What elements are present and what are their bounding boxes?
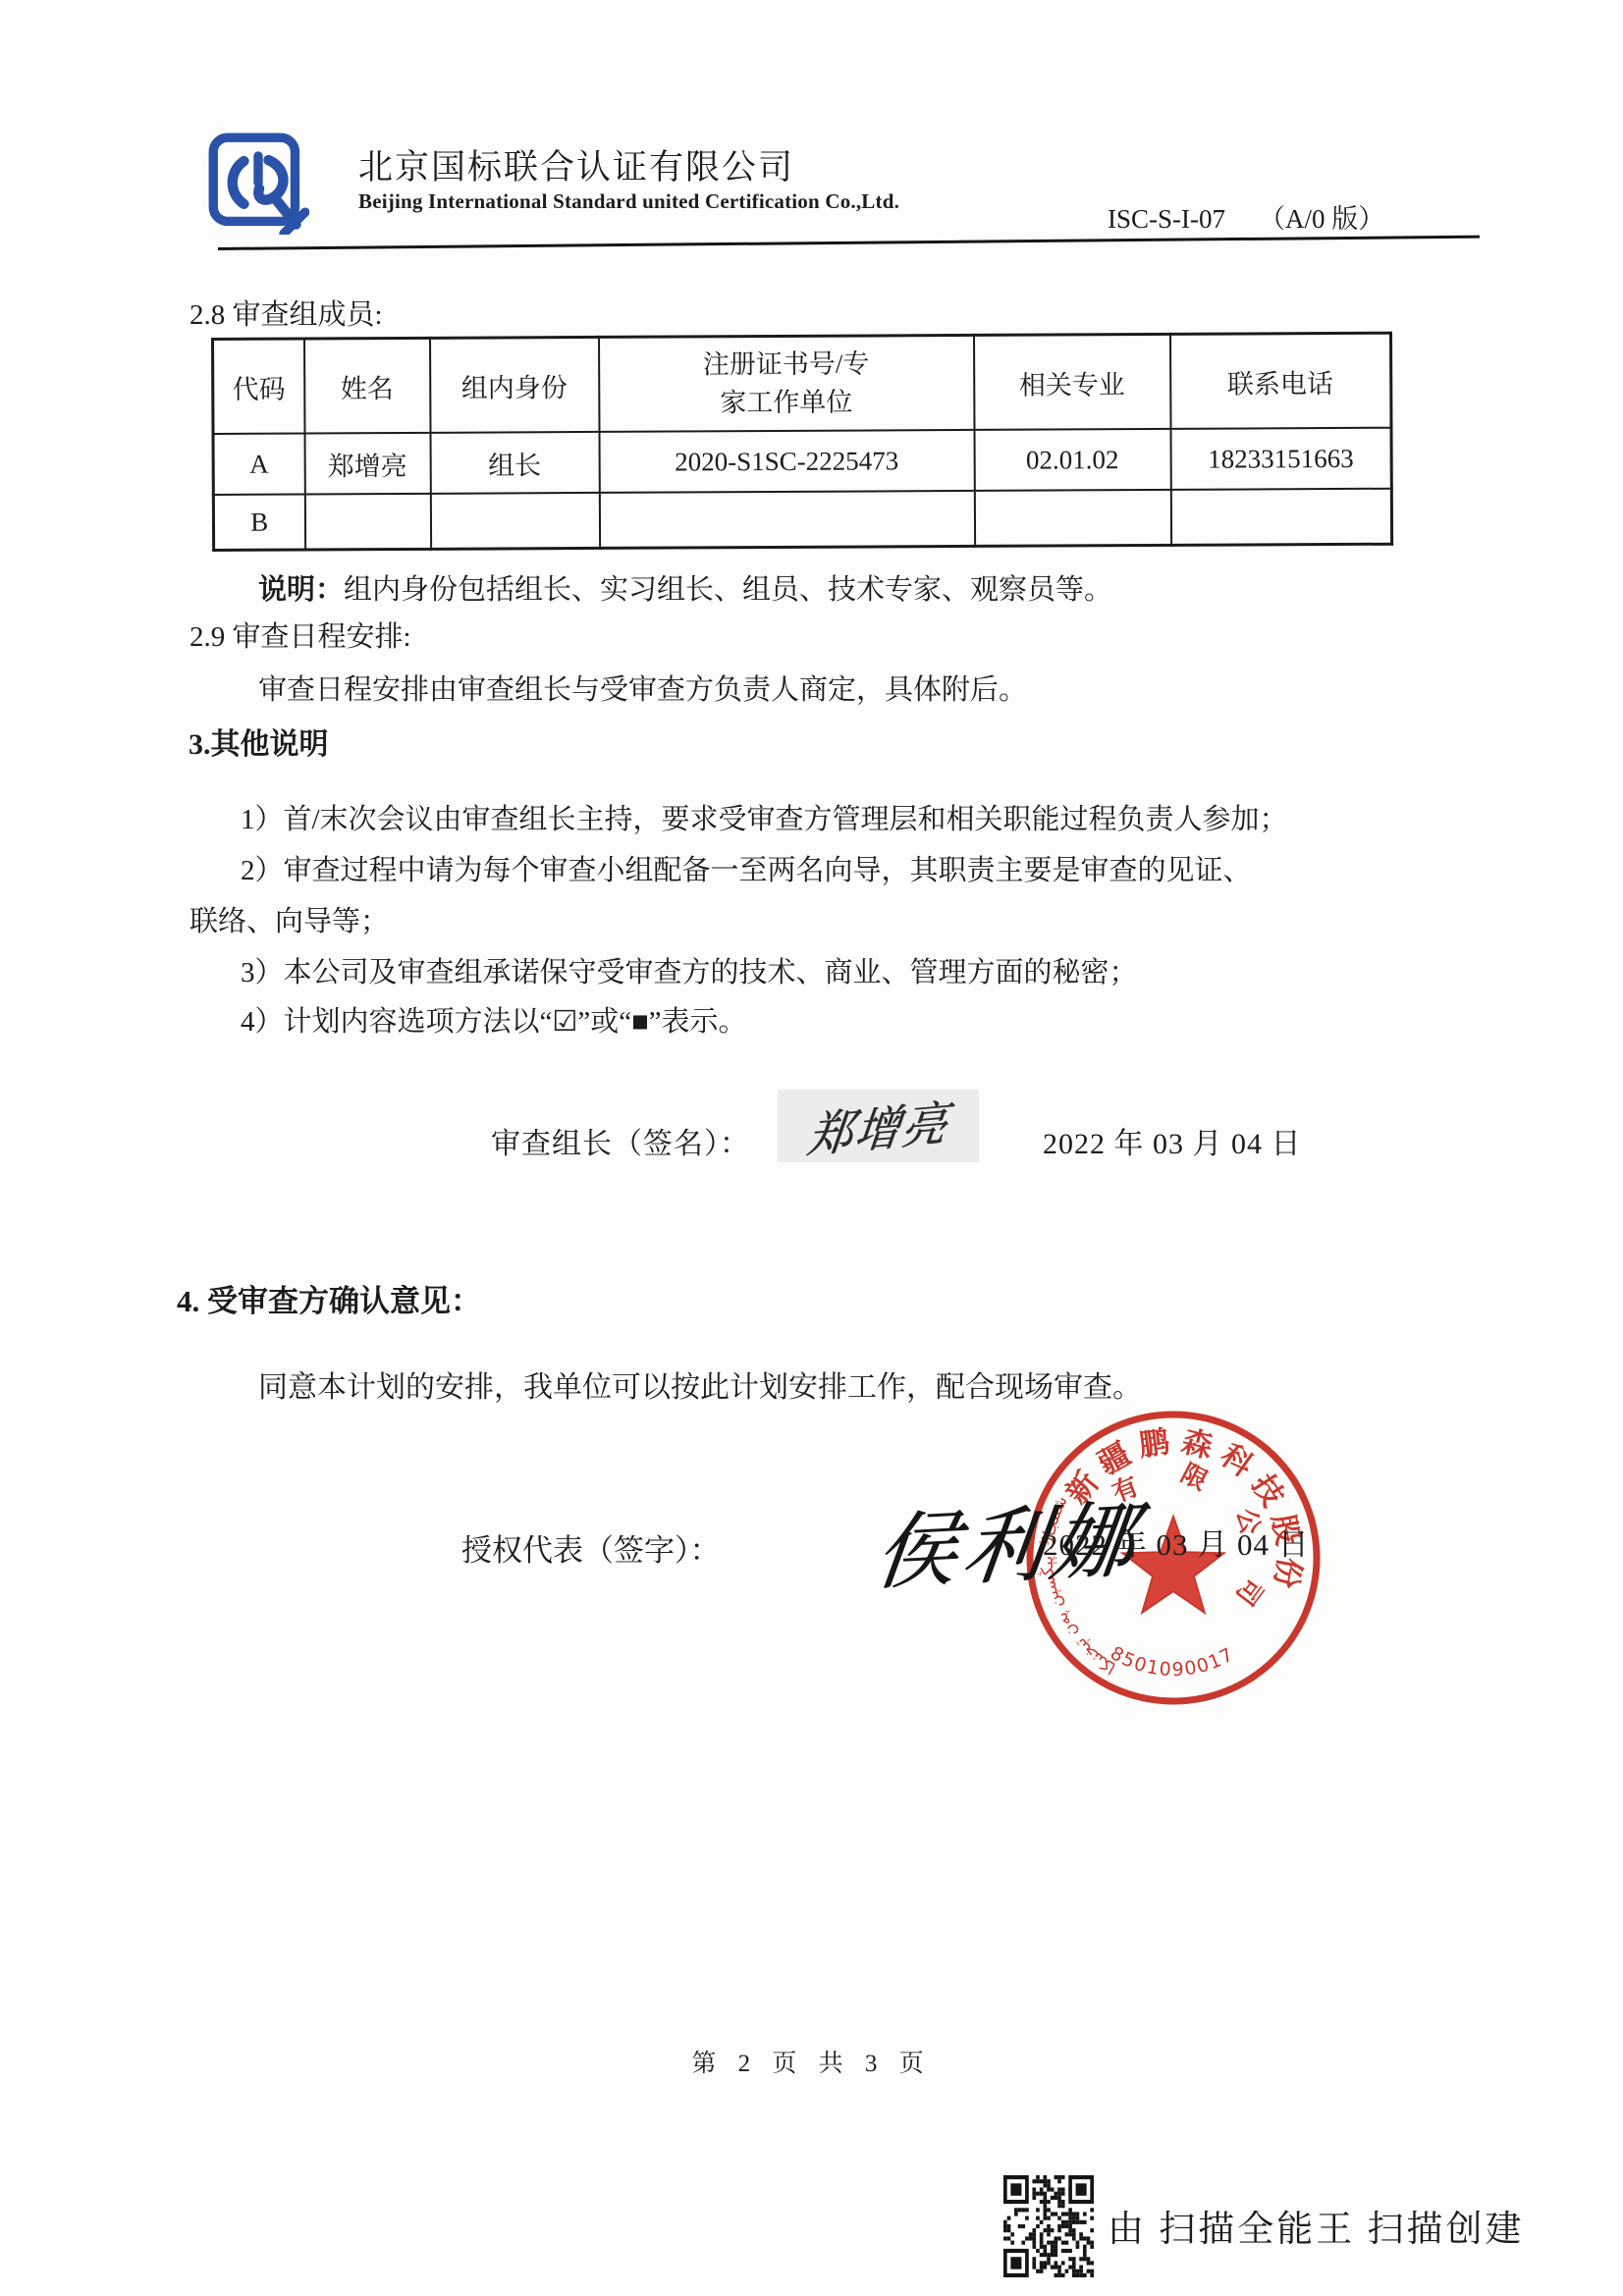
document-page: 北京国标联合认证有限公司 Beijing International Stand… xyxy=(0,0,1623,2296)
section-3-title: 3.其他说明 xyxy=(189,720,329,763)
table-header-cell: 代码 xyxy=(213,339,305,434)
doc-code-version: （A/0 版） xyxy=(1259,204,1384,234)
isc-certification-logo-icon xyxy=(207,133,309,235)
table-row: B xyxy=(213,489,1391,551)
section-2-9-title: 2.9 审查日程安排: xyxy=(189,614,411,655)
section-4-title: 4. 受审查方确认意见： xyxy=(177,1276,481,1320)
section-3-item: 联络、向导等； xyxy=(189,899,389,939)
section-3-item: 2）审查过程中请为每个审查小组配备一至两名向导，其职责主要是审查的见证、 xyxy=(241,848,1252,888)
table-note-label: 说明： xyxy=(258,574,344,606)
qr-code xyxy=(1003,2175,1094,2277)
table-header-cell: 注册证书号/专家工作单位 xyxy=(599,335,975,431)
table-header-cell: 姓名 xyxy=(304,338,431,433)
table-cell xyxy=(1170,489,1391,546)
leader-signature-label: 审查组长（签名）： xyxy=(491,1119,750,1162)
table-note: 说明：组内身份包括组长、实习组长、组员、技术专家、观察员等。 xyxy=(258,567,1112,608)
leader-signature: 郑增亮 xyxy=(778,1090,979,1162)
table-header-row: 代码 姓名 组内身份 注册证书号/专家工作单位 相关专业 联系电话 xyxy=(213,333,1391,434)
table-cell: 组长 xyxy=(430,432,599,494)
section-2-8-title: 2.8 审查组成员: xyxy=(189,293,383,333)
section-3-item: 3）本公司及审查组承诺保守受审查方的技术、商业、管理方面的秘密； xyxy=(241,950,1138,990)
scanner-attribution: 由 扫描全能王 扫描创建 xyxy=(1108,2199,1525,2252)
doc-code-number: ISC-S-I-07 xyxy=(1108,204,1225,234)
table-cell: 02.01.02 xyxy=(974,429,1170,491)
document-code: ISC-S-I-07（A/0 版） xyxy=(1108,197,1418,236)
rep-signature-date: 2022 年 03 月 04 日 xyxy=(1043,1520,1310,1564)
leader-signature-handwriting: 郑增亮 xyxy=(803,1086,952,1167)
page-number: 第 2 页 共 3 页 xyxy=(0,2044,1623,2079)
table-header-cell: 联系电话 xyxy=(1169,333,1391,429)
table-cell: 18233151663 xyxy=(1170,428,1391,490)
leader-signature-date: 2022 年 03 月 04 日 xyxy=(1043,1119,1302,1162)
table-cell xyxy=(974,490,1170,547)
company-name-en: Beijing International Standard united Ce… xyxy=(358,189,899,214)
section-4-body: 同意本计划的安排，我单位可以按此计划安排工作，配合现场审查。 xyxy=(258,1362,1142,1406)
table-cell: A xyxy=(213,434,304,495)
section-2-9-body: 审查日程安排由审查组长与受审查方负责人商定，具体附后。 xyxy=(258,667,1027,708)
table-cell: 郑增亮 xyxy=(304,433,430,495)
header-divider xyxy=(218,236,1480,250)
table-header-cell: 组内身份 xyxy=(430,337,600,432)
company-name-cn: 北京国标联合认证有限公司 xyxy=(358,140,794,189)
table-cell xyxy=(599,491,974,548)
table-header-cell: 相关专业 xyxy=(973,334,1170,430)
section-3-item: 1）首/末次会议由审查组长主持，要求受审查方管理层和相关职能过程负责人参加； xyxy=(241,797,1288,837)
table-cell xyxy=(430,493,599,549)
table-cell xyxy=(304,494,430,550)
audit-team-table: 代码 姓名 组内身份 注册证书号/专家工作单位 相关专业 联系电话 A 郑增亮 … xyxy=(211,332,1393,552)
table-note-body: 组内身份包括组长、实习组长、组员、技术专家、观察员等。 xyxy=(344,574,1112,606)
rep-signature-label: 授权代表（签字）： xyxy=(461,1525,721,1570)
section-3-item: 4）计划内容选项方法以“☑”或“■”表示。 xyxy=(241,999,747,1040)
table-cell: B xyxy=(213,495,304,551)
table-cell: 2020-S1SC-2225473 xyxy=(599,430,974,493)
table-row: A 郑增亮 组长 2020-S1SC-2225473 02.01.02 1823… xyxy=(213,428,1391,495)
